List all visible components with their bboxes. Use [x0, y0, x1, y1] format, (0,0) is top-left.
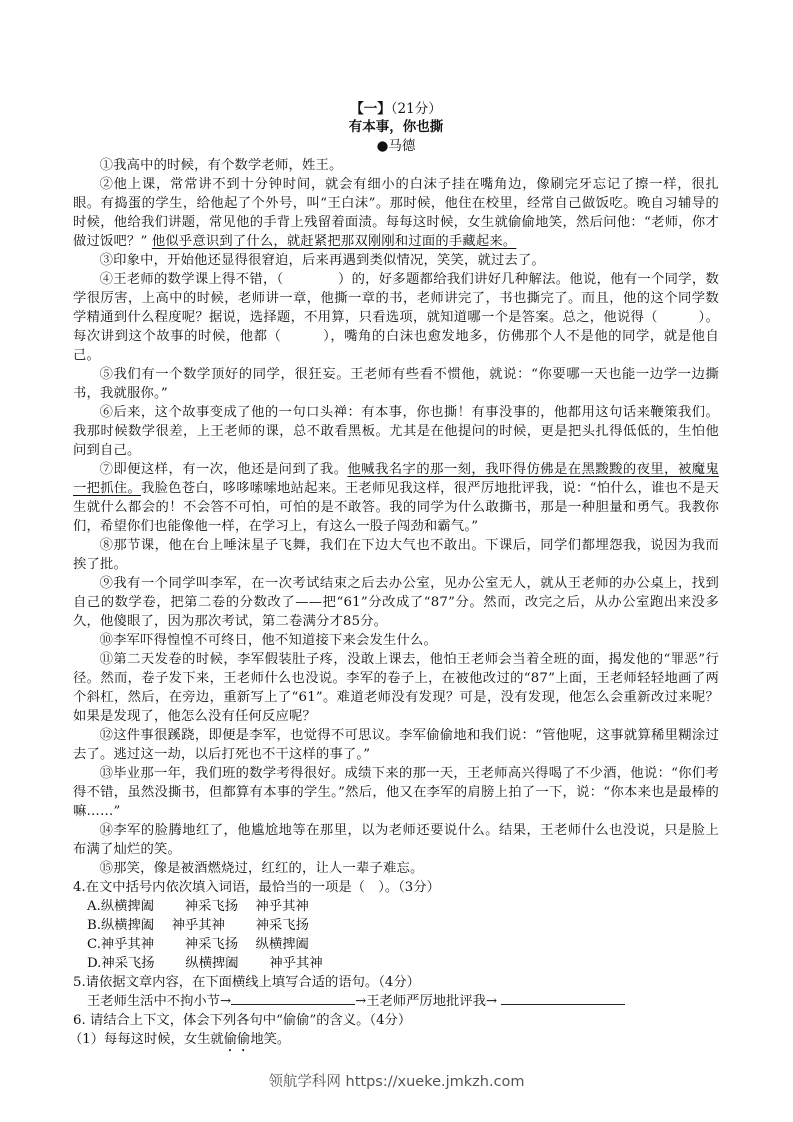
- paragraph-text: ⑬毕业那一年，我们班的数学考得很好。成绩下来的那一天，王老师高兴得喝了不少酒，他…: [73, 766, 719, 819]
- paragraph-text: ①我高中的时候，有个数学老师，姓王。: [100, 158, 343, 173]
- underlined-sentence: 他似乎意识到了什么，就赶紧把那双刚刚和过面的手藏起来。: [152, 234, 516, 249]
- emphasized-word: 偷偷: [224, 1032, 251, 1047]
- question-5-chain: 王老师生活中不拘小节→→王老师严厉地批评我→: [73, 992, 719, 1011]
- sub-1-text: （1）每每这时候，女生就: [69, 1032, 224, 1047]
- paragraph-text: ⑦即便这样，有一次，他还是问到了我。: [100, 462, 348, 477]
- footer-watermark: 领航学科网 https://xueke.jmkzh.com: [0, 1070, 793, 1091]
- paragraph-text: ⑪第二天发卷的时候，李军假装肚子疼，没敢上课去，他怕王老师会当着全班的面，揭发他…: [73, 652, 719, 724]
- option-b: B.纵横捭阖 神乎其神 神采飞扬: [73, 916, 719, 935]
- chain-start: 王老师生活中不拘小节→: [87, 994, 231, 1009]
- paragraph-10: ⑩李军吓得惶惶不可终日，他不知道接下来会发生什么。: [73, 631, 719, 650]
- paragraph-5: ⑤我们有一个数学顶好的同学，很狂妄。王老师有些看不惯他，就说：“你要哪一天也能一…: [73, 365, 719, 403]
- paragraph-text: ⑭李军的脸腾地红了，他尴尬地等在那里，以为老师还要说什么。结果，王老师什么也没说…: [73, 823, 719, 857]
- paragraph-text: ④王老师的数学课上得不错，（ ）的，好多题都给我们讲好几种解法。他说，他有一个同…: [73, 272, 719, 363]
- paragraph-text: ⑮那笑，像是被酒燃烧过，红红的，让人一辈子难忘。: [100, 861, 424, 876]
- paragraph-8: ⑧那节课，他在台上唾沫星子飞舞，我们在下边大气也不敢出。下课后，同学们都埋怨我，…: [73, 536, 719, 574]
- paragraph-7: ⑦即便这样，有一次，他还是问到了我。他喊我名字的那一刻，我吓得仿佛是在黑黢黢的夜…: [73, 460, 719, 536]
- option-a: A.纵横捭阖 神采飞扬 神乎其神: [73, 897, 719, 916]
- paragraph-14: ⑭李军的脸腾地红了，他尴尬地等在那里，以为老师还要说什么。结果，王老师什么也没说…: [73, 821, 719, 859]
- paragraph-4: ④王老师的数学课上得不错，（ ）的，好多题都给我们讲好几种解法。他说，他有一个同…: [73, 270, 719, 365]
- option-c: C.神乎其神 神采飞扬 纵横捭阖: [73, 935, 719, 954]
- paragraph-9: ⑨我有一个同学叫李军，在一次考试结束之后去办公室，见办公室无人，就从王老师的办公…: [73, 574, 719, 631]
- paragraph-15: ⑮那笑，像是被酒燃烧过，红红的，让人一辈子难忘。: [73, 859, 719, 878]
- article-author: ●马德: [73, 137, 719, 156]
- section-points: （21分）: [391, 101, 442, 117]
- sub-1-text-end: 地笑。: [250, 1032, 290, 1047]
- paragraph-text: ⑥后来，这个故事变成了他的一句口头禅：有本事，你也撕！有事没事的，他都用这句话来…: [73, 405, 719, 458]
- paragraph-6: ⑥后来，这个故事变成了他的一句口头禅：有本事，你也撕！有事没事的，他都用这句话来…: [73, 403, 719, 460]
- question-6-stem: 6. 请结合上下文，体会下列各句中“偷偷”的含义。（4分）: [73, 1011, 719, 1030]
- paragraph-11: ⑪第二天发卷的时候，李军假装肚子疼，没敢上课去，他怕王老师会当着全班的面，揭发他…: [73, 650, 719, 726]
- question-6: 6. 请结合上下文，体会下列各句中“偷偷”的含义。（4分） （1）每每这时候，女…: [73, 1011, 719, 1055]
- paragraph-text: ⑫这件事很蹊跷，即便是李军，也觉得不可思议。李军偷偷地和我们说：“管他呢，这事就…: [73, 728, 719, 762]
- question-4-stem: 4.在文中括号内依次填入词语，最恰当的一项是（ ）。（3分）: [73, 878, 719, 897]
- paragraph-2: ②他上课，常常讲不到十分钟时间，就会有细小的白沫子挂在嘴角边，像刷完牙忘记了擦一…: [73, 175, 719, 251]
- paragraph-text: 我脸色苍白，哆哆嗦嗦地站起来。王老师见我这样，很严厉地批评我，说：“怕什么，谁也…: [73, 481, 719, 534]
- question-4: 4.在文中括号内依次填入词语，最恰当的一项是（ ）。（3分） A.纵横捭阖 神采…: [73, 878, 719, 973]
- section-label: 【一】: [350, 101, 391, 117]
- paragraph-text: ⑤我们有一个数学顶好的同学，很狂妄。王老师有些看不惯他，就说：“你要哪一天也能一…: [73, 367, 719, 401]
- paragraph-13: ⑬毕业那一年，我们班的数学考得很好。成绩下来的那一天，王老师高兴得喝了不少酒，他…: [73, 764, 719, 821]
- paragraph-1: ①我高中的时候，有个数学老师，姓王。: [73, 156, 719, 175]
- chain-middle: →王老师严厉地批评我→: [355, 994, 497, 1009]
- paragraph-text: ⑨我有一个同学叫李军，在一次考试结束之后去办公室，见办公室无人，就从王老师的办公…: [73, 576, 719, 629]
- answer-blank-1[interactable]: [231, 992, 355, 1005]
- question-5: 5.请依据文章内容，在下面横线上填写合适的语句。（4分） 王老师生活中不拘小节→…: [73, 973, 719, 1011]
- paragraph-3: ③印象中，开始他还显得很窘迫，后来再遇到类似情况，笑笑，就过去了。: [73, 251, 719, 270]
- paragraph-text: ⑩李军吓得惶惶不可终日，他不知道接下来会发生什么。: [100, 633, 437, 648]
- question-5-stem: 5.请依据文章内容，在下面横线上填写合适的语句。（4分）: [73, 973, 719, 992]
- paragraph-text: ③印象中，开始他还显得很窘迫，后来再遇到类似情况，笑笑，就过去了。: [100, 253, 545, 268]
- paragraph-text: ⑧那节课，他在台上唾沫星子飞舞，我们在下边大气也不敢出。下课后，同学们都埋怨我，…: [73, 538, 719, 572]
- answer-blank-2[interactable]: [501, 992, 625, 1005]
- option-d: D.神采飞扬 纵横捭阖 神乎其神: [73, 954, 719, 973]
- article-title: 有本事，你也撕: [73, 118, 719, 137]
- section-header: 【一】（21分）: [73, 100, 719, 118]
- question-6-sub-1: （1）每每这时候，女生就偷偷地笑。: [69, 1030, 719, 1055]
- exam-page: 【一】（21分） 有本事，你也撕 ●马德 ①我高中的时候，有个数学老师，姓王。②…: [73, 100, 719, 1055]
- paragraph-12: ⑫这件事很蹊跷，即便是李军，也觉得不可思议。李军偷偷地和我们说：“管他呢，这事就…: [73, 726, 719, 764]
- article-body: ①我高中的时候，有个数学老师，姓王。②他上课，常常讲不到十分钟时间，就会有细小的…: [73, 156, 719, 878]
